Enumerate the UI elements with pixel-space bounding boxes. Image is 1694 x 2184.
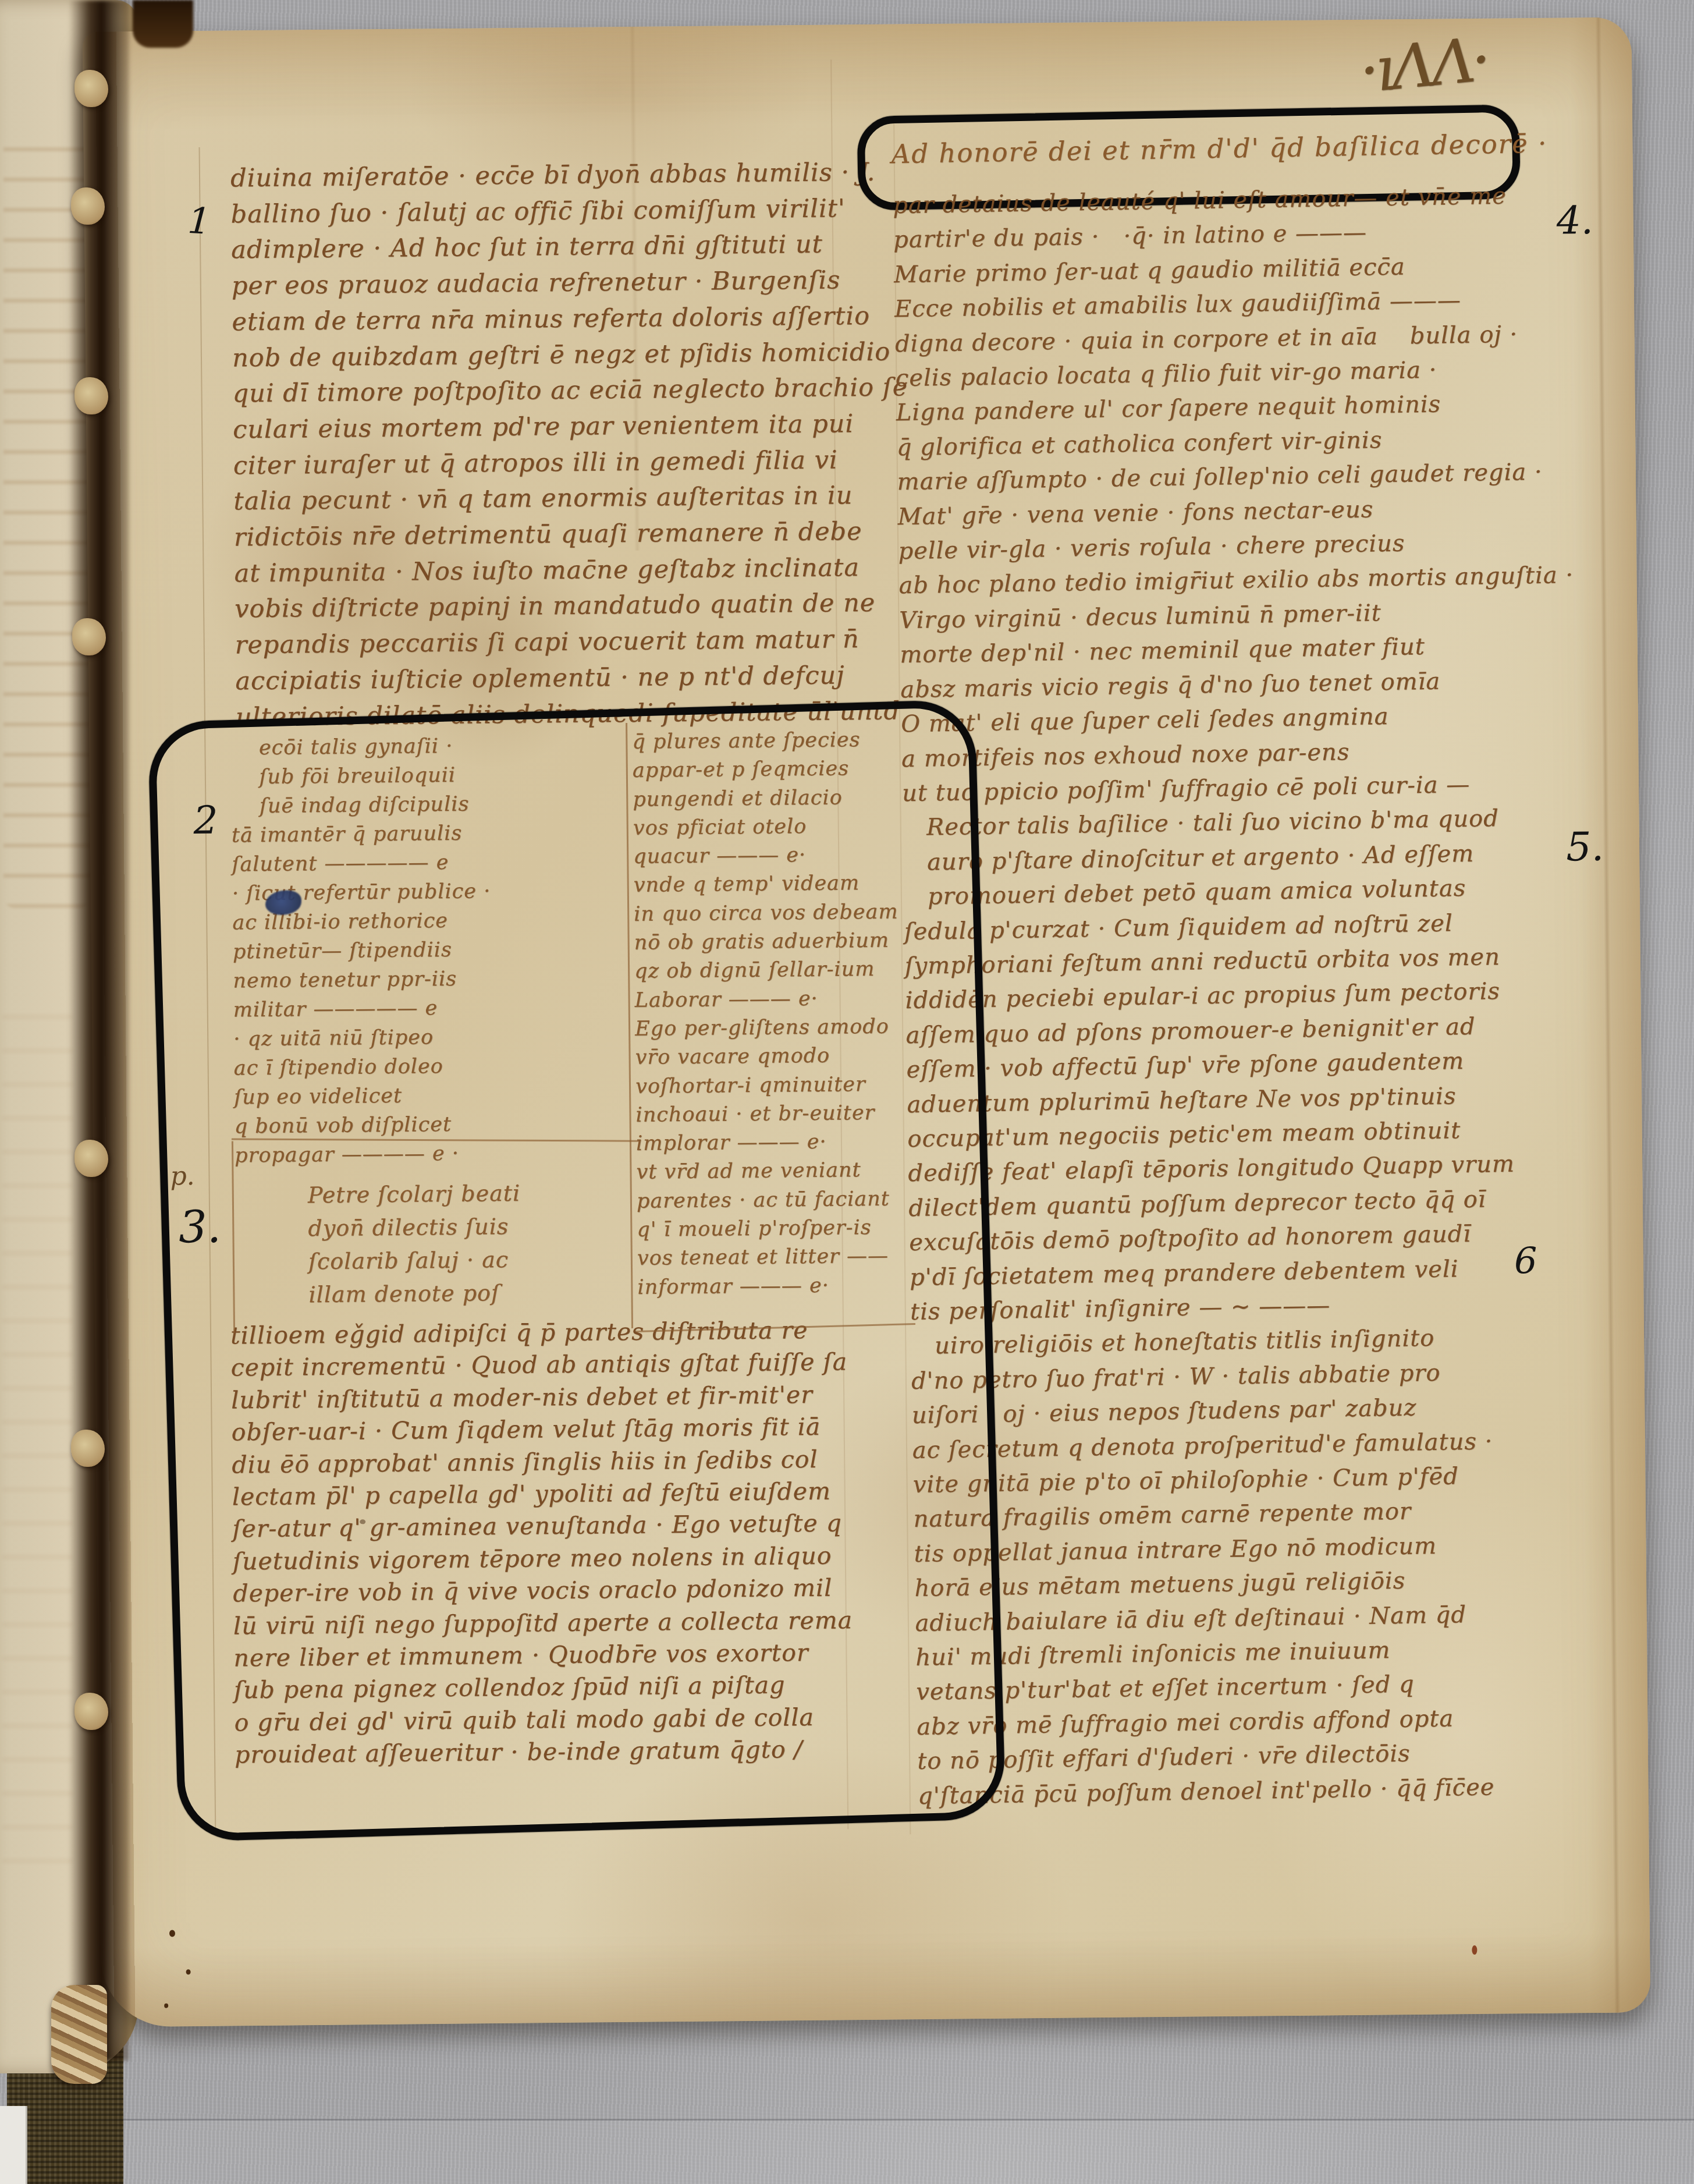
text-line: repandis peccariis ſi capi vocuerit tam … bbox=[235, 622, 852, 664]
backdrop-seam bbox=[0, 2119, 1694, 2184]
left-text-column: diuina miſeratōe · ecc̄e bī dyon̄ abbas … bbox=[230, 155, 853, 735]
sewing-cord-knot bbox=[71, 187, 105, 225]
text-line: militar ————— e bbox=[233, 992, 652, 1025]
box-left-indented-block: Petre ſcolarj beatidyon̄ dilectis ſuisſc… bbox=[308, 1175, 681, 1311]
text-line: ſub fōi breuiloquii bbox=[231, 759, 650, 792]
text-line: appar-et p ſeqmcies bbox=[633, 754, 935, 785]
sewing-cord-knot bbox=[71, 1430, 105, 1467]
margin-number-6: 6 bbox=[1514, 1239, 1537, 1282]
margin-letter-p: p. bbox=[170, 1161, 195, 1191]
text-line: implorar ——— e· bbox=[636, 1127, 939, 1158]
gutter-shadow bbox=[69, 0, 129, 2061]
text-line: ſalutent ————— e bbox=[232, 846, 651, 880]
ink-speck bbox=[360, 1519, 365, 1524]
text-line: Ego per-gliſtens amodo bbox=[635, 1012, 937, 1044]
margin-number-3: 3. bbox=[179, 1201, 221, 1253]
text-line: qui dī timore poſtpoſito ac eciā neglect… bbox=[232, 370, 850, 412]
sewing-cord-knot bbox=[72, 618, 106, 655]
text-line: tā imantēr q̄ paruulis bbox=[232, 817, 651, 850]
text-line: talia pecunt · vn̄ q tam enormis auſteri… bbox=[233, 478, 851, 520]
sewing-cord-knot bbox=[74, 1693, 108, 1730]
text-line: at impunita · Nos iuſto mac̄ne geſtabz i… bbox=[234, 550, 851, 592]
text-line: vr̄o vacare qmodo bbox=[635, 1041, 937, 1072]
sewing-cord-knot bbox=[74, 70, 108, 107]
text-line: ridictōis nr̄e detrimentū quaſi remanere… bbox=[234, 514, 851, 556]
text-line: voſhortar-i qminuiter bbox=[635, 1069, 938, 1101]
text-line: etiam de terra nr̄a minus referta dolori… bbox=[232, 299, 849, 341]
text-line: ſuē indag diſcipulis bbox=[231, 788, 650, 821]
text-line: vos teneat et litter —— bbox=[637, 1242, 940, 1273]
text-line: q' ī moueli p'roſper-is bbox=[637, 1213, 939, 1245]
ink-speck bbox=[169, 1930, 175, 1937]
sewing-cord-knot bbox=[74, 377, 108, 414]
text-line: q̄ plures ante ſpecies bbox=[632, 725, 935, 757]
text-line: inchoaui · et br-euiter bbox=[635, 1098, 938, 1130]
text-line: q bonū vob diſplicet bbox=[234, 1108, 653, 1141]
box-right-subcolumn: q̄ plures ante ſpeciesappar-et p ſeqmcie… bbox=[632, 725, 940, 1302]
box-left-subcolumn: ecōi talis gynaſii · ſub fōi breuiloquii… bbox=[230, 730, 654, 1171]
text-line: nemo tenetur ppr-iis bbox=[233, 963, 652, 996]
text-line: parentes · ac tū faciant bbox=[637, 1185, 939, 1216]
text-line: ecōi talis gynaſii · bbox=[230, 730, 649, 763]
ink-speck bbox=[186, 1969, 191, 1974]
text-line: vnde q temp' videam bbox=[633, 868, 936, 900]
text-line: vt vr̄d ad me veniant bbox=[636, 1155, 939, 1187]
text-line: vobis diſtricte papinj in mandatudo quat… bbox=[235, 586, 852, 628]
gutter-top-gap bbox=[133, 0, 193, 48]
folio-mark: ·ıΛΛ· bbox=[1356, 23, 1490, 107]
text-line: in quo circa vos debeam bbox=[634, 898, 936, 929]
text-line: diuina miſeratōe · ecc̄e bī dyon̄ abbas … bbox=[230, 155, 848, 197]
white-card-sliver bbox=[0, 2106, 27, 2184]
endband-braid bbox=[51, 1985, 107, 2084]
manuscript-page: ·ıΛΛ· diuina miſeratōe · ecc̄e bī dyon̄ … bbox=[83, 17, 1651, 2027]
text-line: adimplere · Ad hoc ſut in terra dn̄i gſt… bbox=[231, 227, 848, 269]
text-line: illam denote poſ bbox=[308, 1275, 681, 1311]
text-line: pungendi et dilacio bbox=[633, 782, 935, 814]
text-line: dyon̄ dilectis ſuis bbox=[308, 1208, 681, 1245]
margin-number-5: 5. bbox=[1566, 824, 1604, 871]
box-full-width-lines: tillioem eǧgid adipiſci q̄ p̄ partes diſ… bbox=[230, 1313, 979, 1771]
text-line: vos pficiat otelo bbox=[633, 811, 936, 843]
text-line: ptinetūr— ſtipendiis bbox=[233, 934, 652, 967]
text-line: culari eius mortem pd're par venientem i… bbox=[233, 406, 850, 448]
text-line: ſup eo videlicet bbox=[234, 1079, 653, 1112]
text-line: ac ī ſtipendio doleo bbox=[233, 1050, 652, 1083]
right-text-column: par detaius de leauté q' lui eſt amour— … bbox=[893, 178, 1628, 1814]
text-line: Laborar ——— e· bbox=[634, 984, 937, 1015]
ink-speck bbox=[164, 2004, 168, 2008]
text-line: per eos prauoz audacia refrenetur · Burg… bbox=[232, 263, 849, 304]
text-line: ſcolarib ſaluj · ac bbox=[308, 1242, 681, 1278]
text-line: nob de quibzdam geſtri ē negz et pſidis … bbox=[232, 335, 850, 377]
showthrough-text bbox=[2, 990, 72, 1863]
margin-number-1: 1 bbox=[187, 199, 212, 243]
text-line: informar ——— e· bbox=[637, 1270, 940, 1302]
margin-number-4: 4. bbox=[1556, 198, 1593, 243]
ink-speck bbox=[1472, 1945, 1477, 1955]
text-line: ballino ſuo · ſalutj ac offic̄ ſibi comi… bbox=[230, 191, 848, 233]
text-line: Petre ſcolarj beati bbox=[308, 1175, 681, 1212]
sewing-cord-knot bbox=[74, 1140, 108, 1177]
text-line: · qz uitā niū ſtipeo bbox=[233, 1021, 652, 1054]
margin-number-2: 2 bbox=[193, 798, 218, 843]
text-line: propagar ———— e · bbox=[235, 1137, 654, 1171]
text-line: qz ob dignū ſellar-ium bbox=[634, 955, 937, 986]
manuscript-photo: { "colors": { "backdrop_felt": "#a6a6a9"… bbox=[0, 0, 1694, 2184]
text-line: citer iuraſer ut q̄ atropos illi in geme… bbox=[233, 442, 850, 484]
text-line: nō ob gratis aduerbium bbox=[634, 926, 936, 958]
text-line: accipiatis iuſticie oplementū · ne p nt'… bbox=[235, 658, 853, 700]
text-line: quacur ——— e· bbox=[633, 840, 936, 871]
